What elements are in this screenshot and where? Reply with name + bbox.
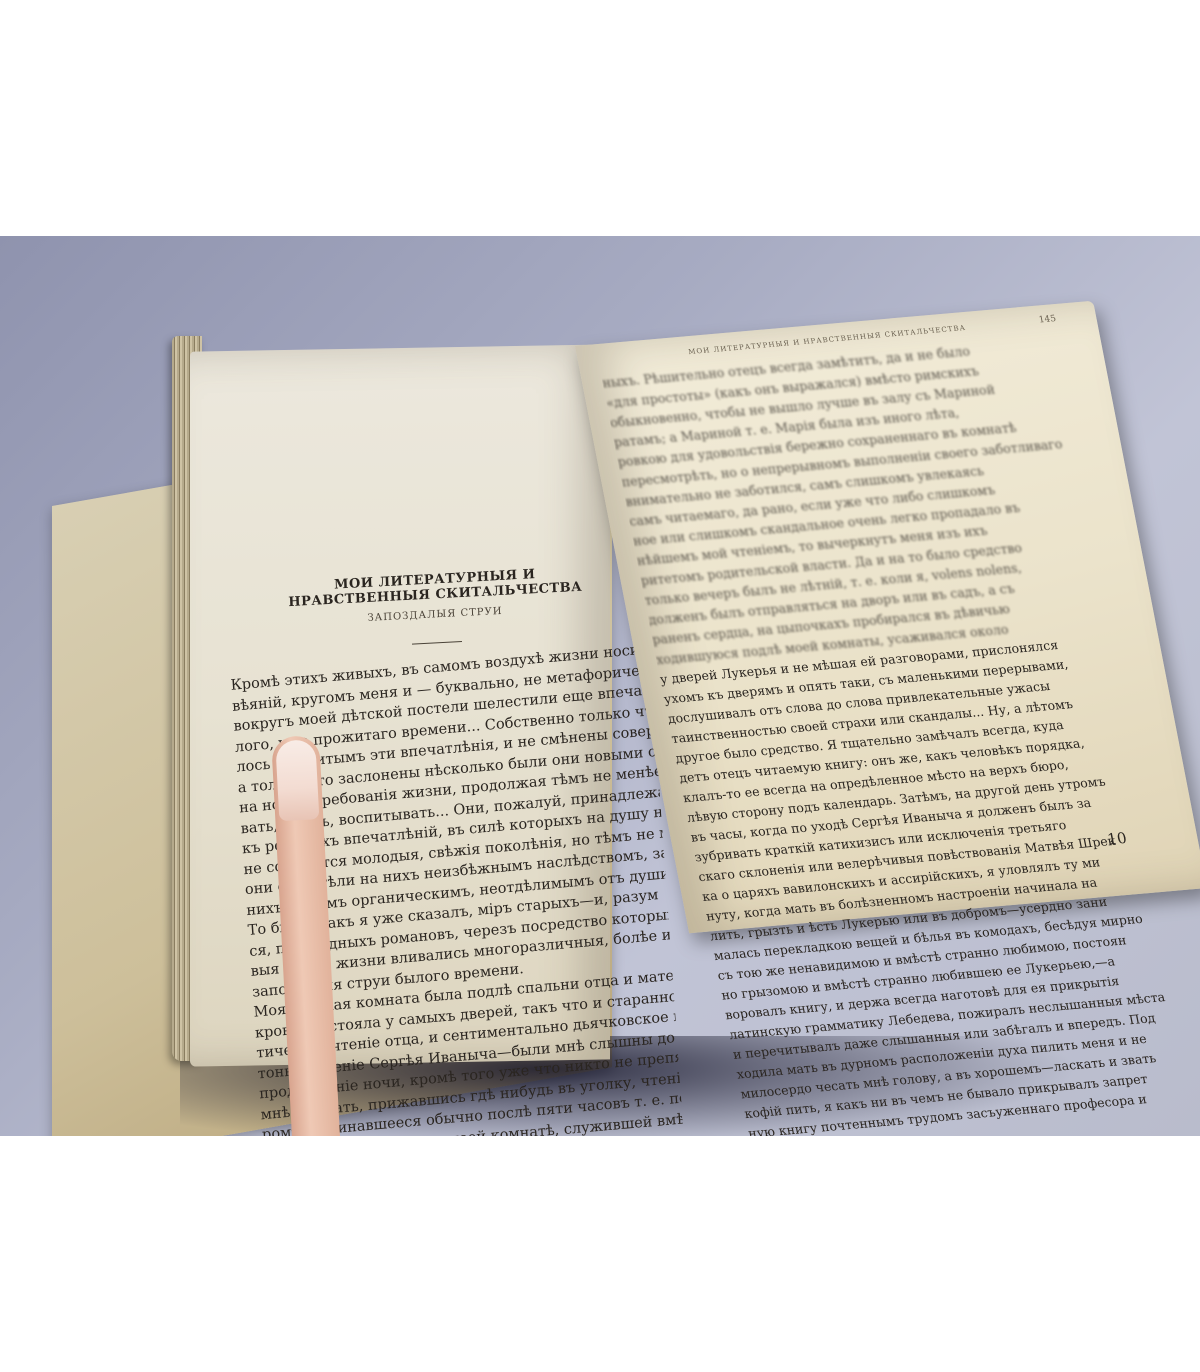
title-rule	[412, 641, 462, 645]
page-number-bottom: 10	[1106, 829, 1128, 848]
right-page: МОИ ЛИТЕРАТУРНЫЯ И НРАВСТВЕННЫЯ СКИТАЛЬЧ…	[575, 301, 1200, 934]
right-page-body: ныхъ. Рѣшительно отецъ всегда замѣтитъ, …	[601, 332, 1200, 1136]
left-page: МОИ ЛИТЕРАТУРНЫЯ И НРАВСТВЕННЫЯ СКИТАЛЬЧ…	[190, 344, 610, 1066]
book-photograph: МОИ ЛИТЕРАТУРНЫЯ И НРАВСТВЕННЫЯ СКИТАЛЬЧ…	[0, 236, 1200, 1136]
page-number-top: 145	[1038, 314, 1057, 325]
blurred-text-block: ныхъ. Рѣшительно отецъ всегда замѣтитъ, …	[601, 332, 1137, 670]
fingernail	[275, 739, 319, 821]
